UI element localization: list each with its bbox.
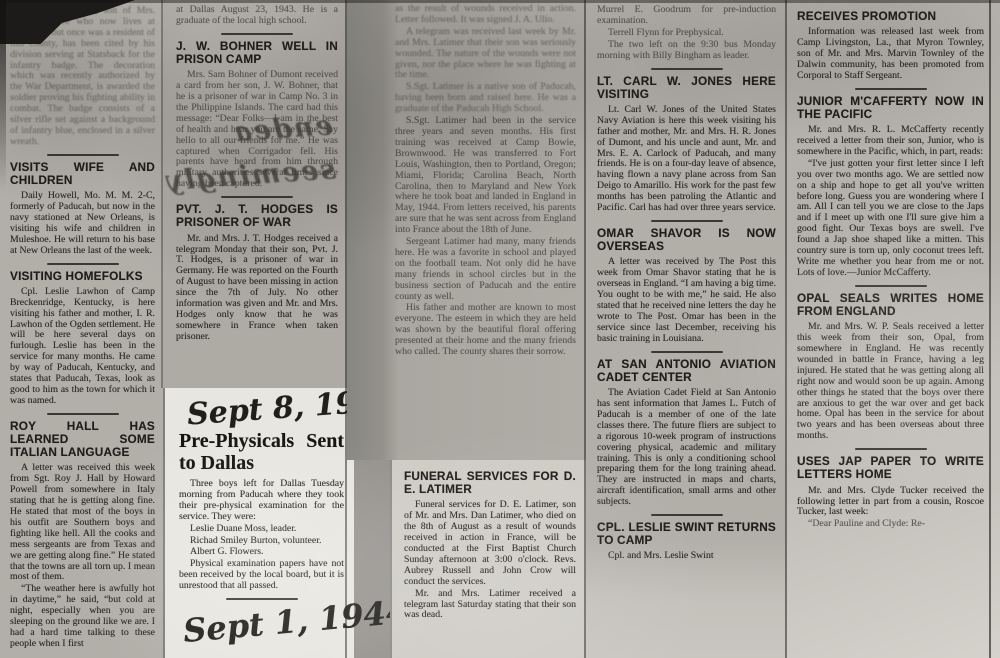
article-opal-seals: Mr. and Mrs. W. P. Seals received a lett… bbox=[797, 322, 984, 442]
article-hodges: Mr. and Mrs. J. T. Hodges received a tel… bbox=[176, 234, 338, 343]
article-dallas-fragment: at Dallas August 23, 1943. He is a gradu… bbox=[176, 5, 338, 27]
article-carl-jones: Lt. Carl W. Jones of the United States N… bbox=[597, 105, 776, 214]
headline-receives-promotion: RECEIVES PROMOTION bbox=[797, 10, 984, 23]
column-divider bbox=[785, 0, 787, 658]
article-latimer-friends: Sergeant Latimer had many, many friends … bbox=[395, 237, 576, 302]
separator-rule bbox=[651, 351, 723, 353]
article-latimer-telegram: A telegram was received last week by Mr.… bbox=[395, 27, 576, 82]
separator-rule bbox=[47, 413, 119, 415]
article-mccafferty-letter: “I've just gotten your first letter sinc… bbox=[797, 159, 984, 279]
column-divider bbox=[161, 0, 163, 388]
headline-uses-jap-paper: USES JAP PAPER TO WRITE LETTERS HOME bbox=[797, 455, 984, 481]
separator-rule bbox=[47, 263, 119, 265]
column-2: endea seemingly at Dallas August 23, 194… bbox=[163, 0, 347, 388]
separator-rule bbox=[855, 88, 927, 90]
article-roy-hall: A letter was received this week from Sgt… bbox=[10, 463, 155, 583]
fragment-goodrum: Murrel E. Goodrum for pre-induction exam… bbox=[597, 5, 776, 27]
article-roy-hall-continued: “The weather here is awfully hot in dayt… bbox=[10, 584, 155, 649]
headline-bohner-prison-camp: J. W. BOHNER WELL IN PRISON CAMP bbox=[176, 40, 338, 66]
separator-rule bbox=[651, 68, 723, 70]
headline-visiting-homefolks: VISITING HOMEFOLKS bbox=[10, 270, 155, 283]
funeral-services-clipping: FUNERAL SERVICES FOR D. E. LATIMER Funer… bbox=[390, 460, 586, 658]
headline-junior-mccafferty-pacific: JUNIOR M'CAFFERTY NOW IN THE PACIFIC bbox=[797, 95, 984, 121]
column-divider bbox=[584, 0, 586, 658]
column-5: RECEIVES PROMOTION Information was relea… bbox=[786, 0, 1000, 658]
scan-top-edge bbox=[0, 0, 1000, 3]
article-latimer-native-son: S.Sgt. Latimer is a native son of Paduca… bbox=[395, 82, 576, 115]
article-latimer-service-history: S.Sgt. Latimer had been in the service t… bbox=[395, 116, 576, 236]
headline-visits-wife-and-children: VISITS WIFE AND CHILDREN bbox=[10, 161, 155, 187]
column-1: Pfc. Harvey C. Lee, son of Mrs. Susan C.… bbox=[0, 0, 163, 658]
article-mccafferty-intro: Mr. and Mrs. R. L. McCafferty recently r… bbox=[797, 125, 984, 158]
fragment-bus-leader: The two left on the 9:30 bus Monday morn… bbox=[597, 40, 776, 62]
separator-rule bbox=[855, 448, 927, 450]
column-4: Murrel E. Goodrum for pre-induction exam… bbox=[586, 0, 786, 658]
column-3: as the result of wounds received in acti… bbox=[347, 0, 586, 460]
column-divider bbox=[989, 0, 991, 658]
headline-opal-seals-writes-home: OPAL SEALS WRITES HOME FROM ENGLAND bbox=[797, 292, 984, 318]
article-pre-physicals: Three boys left for Dallas Tuesday morni… bbox=[179, 479, 344, 523]
article-tucker-letter-start: “Dear Pauline and Clyde: Re- bbox=[797, 519, 984, 530]
headline-roy-hall: ROY HALL HAS LEARNED SOME ITALIAN LANGUA… bbox=[10, 420, 155, 460]
pre-physicals-name-burton: Richad Smiley Burton, volunteer. bbox=[179, 536, 344, 547]
headline-funeral-services-latimer: FUNERAL SERVICES FOR D. E. LATIMER bbox=[404, 470, 576, 496]
scan-left-edge bbox=[0, 0, 6, 190]
separator-rule bbox=[651, 514, 723, 516]
article-funeral-telegram: Mr. and Mrs. Latimer received a telegram… bbox=[404, 589, 576, 622]
headline-carl-jones-visiting: LT. CARL W. JONES HERE VISITING bbox=[597, 75, 776, 101]
separator-rule bbox=[226, 598, 298, 600]
pre-physicals-name-flowers: Albert G. Flowers. bbox=[179, 547, 344, 558]
separator-rule bbox=[651, 220, 723, 222]
article-leslie-swint: Cpl. and Mrs. Leslie Swint bbox=[597, 551, 776, 562]
separator-rule bbox=[47, 154, 119, 156]
headline-san-antonio-cadet-center: AT SAN ANTONIO AVIATION CADET CENTER bbox=[597, 358, 776, 384]
column-2-white-clipping: Sept 8, 1944 Pre-Physicals Sent to Dalla… bbox=[163, 388, 354, 658]
pre-physicals-name-moss: Leslie Duane Moss, leader. bbox=[179, 524, 344, 535]
article-latimer-parents: His father and mother are known to most … bbox=[395, 303, 576, 358]
article-funeral-services: Funeral services for D. E. Latimer, son … bbox=[404, 500, 576, 587]
headline-pre-physicals: Pre-Physicals Sent to Dallas bbox=[179, 430, 344, 474]
handwritten-date-sept-1-1944: Sept 1, 1944 bbox=[182, 598, 346, 650]
article-pre-physicals-papers: Physical examination papers have not bee… bbox=[179, 559, 344, 592]
separator-rule bbox=[221, 33, 293, 35]
article-bohner: Mrs. Sam Bohner of Dumont received a car… bbox=[176, 70, 338, 190]
article-latimer-wounded: as the result of wounds received in acti… bbox=[395, 4, 576, 26]
handwritten-date-sept-8-1944: Sept 8, 1944 bbox=[186, 387, 345, 434]
fragment-flynn: Terrell Flynn for Prephysical. bbox=[597, 28, 776, 39]
article-omar-shavor: A letter was received by The Post this w… bbox=[597, 257, 776, 344]
column-divider bbox=[345, 0, 347, 658]
article-cadet-center: The Aviation Cadet Field at San Antonio … bbox=[597, 388, 776, 508]
headline-leslie-swint-returns: CPL. LESLIE SWINT RETURNS TO CAMP bbox=[597, 521, 776, 547]
article-visiting-homefolks: Cpl. Leslie Lawhon of Camp Breckenridge,… bbox=[10, 287, 155, 407]
article-visits-wife: Daily Howell, Mo. M. M. 2-C, formerly of… bbox=[10, 191, 155, 256]
headline-omar-shavor-overseas: OMAR SHAVOR IS NOW OVERSEAS bbox=[597, 227, 776, 253]
scrapbook-scan-page: Pfc. Harvey C. Lee, son of Mrs. Susan C.… bbox=[0, 0, 1000, 658]
separator-rule bbox=[855, 285, 927, 287]
article-receives-promotion: Information was released last week from … bbox=[797, 27, 984, 82]
article-tucker-letter: Mr. and Mrs. Clyde Tucker received the f… bbox=[797, 486, 984, 519]
